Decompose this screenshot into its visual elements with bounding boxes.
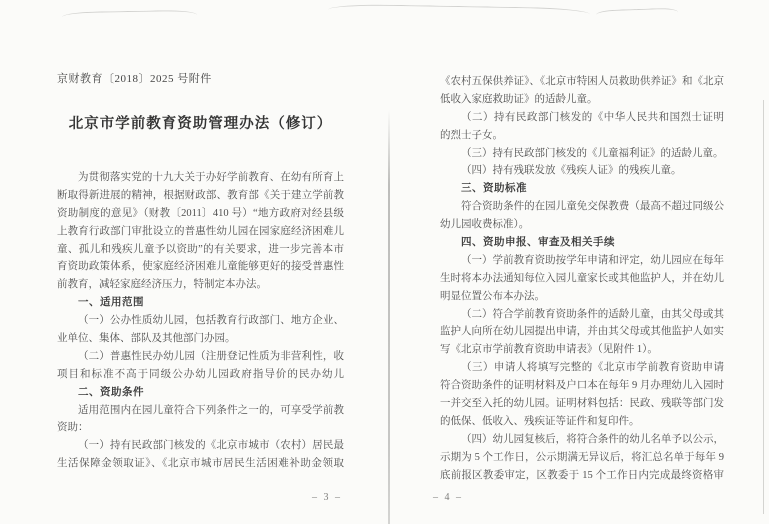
page-number-3: – 3 – (312, 492, 342, 503)
scan-artifact-arc (596, 8, 678, 20)
section-heading: 二、资助条件 (57, 384, 344, 402)
text-line: 资助制度的意见》（财教〔2011〕410 号）“地方政府对经县级以 (57, 205, 344, 223)
text-line: 生活保障金领取证》、《北京市城市居民生活困难补助金领取证》、 (57, 455, 344, 473)
page-3-body: 为贯彻落实党的十九大关于办好学前教育、在幼有所育上不断取得新进展的精神，根据财政… (57, 169, 344, 473)
text-line: 适用范围内在园儿童符合下列条件之一的，可享受学前教育 (57, 402, 344, 420)
text-line: （一）持有民政部门核发的《北京市城市（农村）居民最低 (57, 437, 344, 455)
text-line: 断取得新进展的精神，根据财政部、教育部《关于建立学前教育 (57, 187, 344, 205)
page-gutter-line (388, 110, 390, 524)
scanned-document: 京财教育〔2018〕2025 号附件 北京市学前教育资助管理办法（修订） 为贯彻… (0, 0, 769, 524)
text-line: （三）持有民政部门核发的《儿童福利证》的适龄儿童。 (440, 145, 724, 163)
text-line: 上教育行政部门审批设立的普惠性幼儿园在园家庭经济困难儿 (57, 223, 344, 241)
text-line: 业单位、集体、部队及其他部门办园。 (57, 330, 344, 348)
text-line: （四）幼儿园复核后，将符合条件的幼儿名单予以公示，公 (440, 431, 724, 449)
text-line: 为贯彻落实党的十九大关于办好学前教育、在幼有所育上不 (57, 169, 344, 187)
text-line: （三）申请人将填写完整的《北京市学前教育资助申请表》、 (440, 359, 724, 377)
text-line: （一）学前教育资助按学年申请和评定，幼儿园应在每年招 (440, 252, 724, 270)
page-4-body: 《农村五保供养证》、《北京市特困人员救助供养证》和《北京市低收入家庭救助证》的适… (440, 73, 724, 484)
text-line: 生时将本办法通知每位入园儿童家长或其他监护人，并在幼儿园 (440, 270, 724, 288)
text-line: 写《北京市学前教育资助申请表》（见附件 1）。 (440, 341, 724, 359)
page-edge-line (763, 100, 764, 514)
text-line: 低收入家庭救助证》的适龄儿童。 (440, 91, 724, 109)
page-number-4: – 4 – (433, 492, 463, 503)
text-line: 一并交至入托的幼儿园。证明材料包括：民政、残联等部门发放 (440, 395, 724, 413)
text-line: 项目和标准不高于同级公办幼儿园政府指导价的民办幼儿园）。 (57, 366, 344, 384)
section-heading: 四、资助申报、审查及相关手续 (440, 234, 724, 252)
scan-artifact-arc (328, 4, 590, 21)
text-line: 符合资助条件的证明材料及户口本在每年 9 月办理幼儿入园时 (440, 377, 724, 395)
text-line: 的低保、低收入、残疾证等证件和复印件。 (440, 413, 724, 431)
doc-number: 京财教育〔2018〕2025 号附件 (57, 70, 212, 86)
text-line: 符合资助条件的在园儿童免交保教费（最高不超过同级公办 (440, 198, 724, 216)
text-line: 幼儿园收费标准）。 (440, 216, 724, 234)
text-line: （二）符合学前教育资助条件的适龄儿童，由其父母或其他 (440, 306, 724, 324)
text-line: （二）普惠性民办幼儿园（注册登记性质为非营利性，收费 (57, 348, 344, 366)
text-line: 童、孤儿和残疾儿童予以资助”的有关要求，进一步完善本市教 (57, 241, 344, 259)
text-line: 育资助政策体系，使家庭经济困难儿童能够更好的接受普惠性学 (57, 258, 344, 276)
text-line: 前教育，减轻家庭经济压力，特制定本办法。 (57, 276, 344, 294)
section-heading: 三、资助标准 (440, 180, 724, 198)
text-line: 明显位置公布本办法。 (440, 288, 724, 306)
text-line: （四）持有残联发放《残疾人证》的残疾儿童。 (440, 162, 724, 180)
text-line: 资助： (57, 419, 344, 437)
scan-artifact-arc (62, 10, 197, 22)
text-line: （一）公办性质幼儿园，包括教育行政部门、地方企业、事 (57, 312, 344, 330)
text-line: 《农村五保供养证》、《北京市特困人员救助供养证》和《北京市 (440, 73, 724, 91)
document-title: 北京市学前教育资助管理办法（修订） (57, 112, 344, 133)
text-line: （二）持有民政部门核发的《中华人民共和国烈士证明书》 (440, 109, 724, 127)
text-line: 的烈士子女。 (440, 127, 724, 145)
text-line: 监护人向所在幼儿园提出申请，并由其父母或其他监护人如实填 (440, 323, 724, 341)
text-line: 底前报区教委审定，区教委于 15 个工作日内完成最终资格审定 (440, 467, 724, 485)
text-line: 示期为 5 个工作日，公示期满无异议后，将汇总名单于每年 9 月 (440, 449, 724, 467)
section-heading: 一、适用范围 (57, 294, 344, 312)
